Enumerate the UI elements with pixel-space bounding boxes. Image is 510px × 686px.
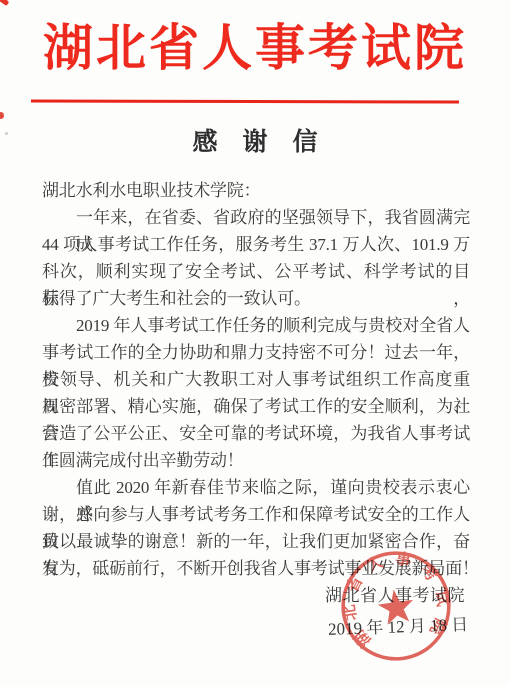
salutation: 湖北水利水电职业技术学院： [42,177,470,204]
letterhead-org-name: 湖北省人事考试院 [0,20,510,76]
body-line: 44 项人事考试工作任务，服务考生 37.1 万人次、101.9 万 [42,231,470,258]
scan-mark-corner [0,0,9,6]
scanned-letter-page: 湖北省人事考试院 感 谢 信 湖北水利水电职业技术学院： 一年来，在省委、省政府… [0,0,510,686]
body-line: 一年来，在省委、省政府的坚强领导下，我省圆满完成 [42,204,470,231]
body-line: 2019 年人事考试工作任务的顺利完成与贵校对全省人 [42,312,470,339]
body-line: 科次，顺利实现了安全考试、公平考试、科学考试的目标， [42,258,470,285]
body-line: 谢，并向参与人事考试考务工作和保障考试安全的工作人员 [42,501,470,528]
body-line: 校领导、机关和广大教职工对人事考试组织工作高度重视、 [42,366,470,393]
body-line: 值此 2020 年新春佳节来临之际，谨向贵校表示衷心感 [42,474,470,501]
body-line: 事考试工作的全力协助和鼎力支持密不可分！过去一年，贵 [42,339,470,366]
scan-mark-left-edge [0,112,4,119]
letter-title: 感 谢 信 [0,129,510,157]
body-paragraph-lines: 一年来，在省委、省政府的坚强领导下，我省圆满完成44 项人事考试工作任务，服务考… [42,204,470,582]
body-line: 作圆满完成付出辛勤劳动！ [42,447,470,474]
body-line: 营造了公平公正、安全可靠的考试环境，为我省人事考试工 [42,420,470,447]
seal-star-icon [376,587,416,625]
official-seal: 湖北省人事考试院 [332,542,461,671]
letter-body: 湖北水利水电职业技术学院： 一年来，在省委、省政府的坚强领导下，我省圆满完成44… [42,177,470,582]
letterhead-rule [31,99,459,103]
body-line: 周密部署、精心实施，确保了考试工作的安全顺利，为社会 [42,393,470,420]
